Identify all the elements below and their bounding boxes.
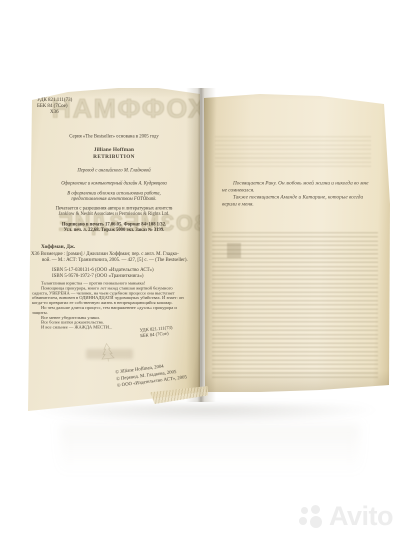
right-page: Посвящается Рику. Он любовь моей жизни и… bbox=[200, 84, 392, 396]
dedication-paragraph: Также посвящается Аманде и Катарине, кот… bbox=[222, 194, 373, 208]
author-name-latin: Jilliane Hoffman bbox=[34, 147, 194, 153]
show-through-drop-cap bbox=[227, 243, 241, 258]
open-book: ХОФФМАН УДК 821.111(73) ББК 84 (7Сое) Х3… bbox=[28, 84, 392, 420]
photo-of-open-book: ХОФФМАН УДК 821.111(73) ББК 84 (7Сое) Х3… bbox=[0, 0, 405, 540]
left-page: ХОФФМАН УДК 821.111(73) ББК 84 (7Сое) Х3… bbox=[28, 84, 200, 414]
avito-watermark: Avito bbox=[299, 503, 393, 530]
print-run-info: Подписано в печать 17.06.05. Формат 84×1… bbox=[34, 222, 194, 233]
series-line: Серия «The Bestseller» основана в 2005 г… bbox=[34, 134, 194, 139]
show-through-text-top bbox=[215, 136, 371, 167]
copyright-block: © Jilliane Hoffman, 2004 © Перевод. М. Г… bbox=[115, 361, 187, 390]
design-credit: Оформление и компьютерный дизайн А. Кудр… bbox=[34, 181, 194, 186]
original-title: RETRIBUTION bbox=[34, 154, 194, 160]
author-name-russian: Хоффман, Дж. bbox=[41, 244, 75, 250]
avito-logo-icon bbox=[299, 505, 323, 529]
isbn-ast: ISBN 5-17-030131-6 (ООО «Издательство АС… bbox=[52, 267, 154, 273]
bibliographic-entry: Х36 Возмездие : [роман] / Джиллиан Хоффм… bbox=[31, 251, 197, 263]
cover-art-credit: В оформлении обложки использована работа… bbox=[34, 191, 194, 202]
author-sign-code: Х36 bbox=[37, 109, 72, 115]
show-through-author-name: ХОФФМАН bbox=[50, 93, 200, 124]
right-page-content: Посвящается Рику. Он любовь моей жизни и… bbox=[200, 84, 392, 396]
isbn-block: ISBN 5-17-030131-6 (ООО «Издательство АС… bbox=[52, 267, 154, 279]
publisher-stamp-icon bbox=[98, 341, 117, 365]
annotation-paragraph: Но чем дальше длится процесс, тем напряж… bbox=[32, 305, 188, 315]
dedication-block: Посвящается Рику. Он любовь моей жизни и… bbox=[222, 180, 373, 208]
book-reflection bbox=[60, 424, 360, 474]
isbn-tranzitkniga: ISBN 5-9578-1972-7 (ООО «Транзиткнига») bbox=[52, 273, 154, 279]
annotation-paragraph: Помощница прокурора, много лет назад ста… bbox=[32, 286, 188, 306]
dedication-paragraph: Посвящается Рику. Он любовь моей жизни и… bbox=[222, 180, 373, 194]
translator-credit: Перевод с английского М. Гладковой bbox=[34, 168, 194, 173]
left-page-content: ХОФФМАН УДК 821.111(73) ББК 84 (7Сое) Х3… bbox=[30, 92, 198, 414]
annotation-block: Талантливая юристка — против гениального… bbox=[32, 281, 188, 330]
avito-wordmark: Avito bbox=[329, 503, 393, 530]
udk-bbk-block: УДК 821.111(73) ББК 84 (7Сое) Х36 bbox=[37, 97, 72, 115]
